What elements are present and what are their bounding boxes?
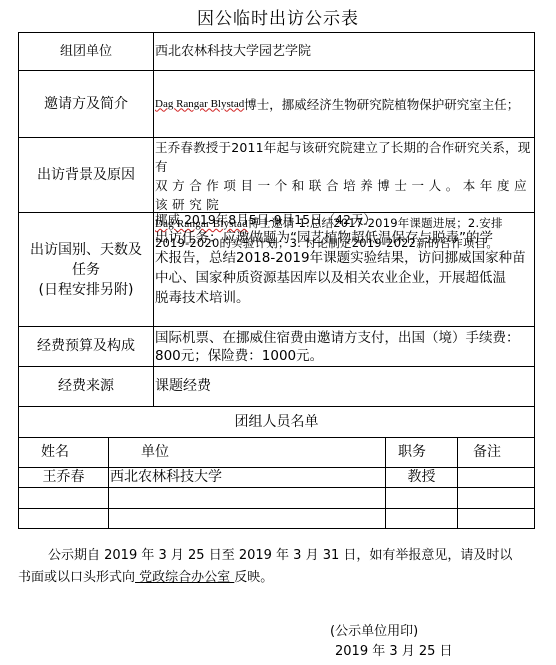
value-organizing-unit: 西北农林科技大学园艺学院 — [154, 33, 534, 70]
destination-line: 中心、国家种质资源基因库以及相关农业企业，开展超低温 — [155, 268, 506, 288]
column-header-position: 职务 — [397, 438, 457, 467]
value-destination: 挪威 2019年8月5日-9月15日（42天） 出访任务：应邀做题为“园艺植物超… — [154, 212, 534, 326]
background-line: 双方合作项目一个和联合培养博士一人。本年度应该研究院 — [155, 176, 534, 214]
table-border — [18, 528, 535, 529]
budget-line: 800元；保险费：1000元。 — [155, 347, 323, 365]
signature-date: 2019 年 3 月 25 日 — [335, 640, 453, 664]
label-organizing-unit: 组团单位 — [19, 33, 153, 70]
label-destination: 出访国别、天数及 任务 (日程安排另附) — [19, 213, 153, 326]
budget-line: 国际机票、在挪威住宿费由邀请方支付，出国（境）手续费： — [155, 329, 520, 347]
member-name: 王乔春 — [19, 468, 108, 487]
value-inviter: Dag Rangar Blystad博士，挪威经济生物研究院植物保护研究室主任； — [154, 71, 534, 137]
destination-line: 挪威 2019年8月5日-9月15日（42天） — [155, 212, 376, 228]
column-header-name: 姓名 — [19, 438, 91, 467]
member-unit: 西北农林科技大学 — [109, 468, 385, 487]
destination-line: 脱毒技术培训。 — [155, 288, 250, 308]
page-title: 因公临时出访公示表 — [0, 4, 556, 29]
notice-line-2: 书面或以口头形式向 党政综合办公室 反映。 — [18, 566, 273, 590]
destination-line: 术报告，总结2018-2019年课题实验结果，访问挪威国家种苗 — [155, 248, 526, 268]
member-remarks — [458, 468, 534, 487]
members-heading: 团组人员名单 — [19, 407, 534, 437]
value-budget: 国际机票、在挪威住宿费由邀请方支付，出国（境）手续费： 800元；保险费：100… — [154, 327, 534, 366]
notice-line-1: 公示期自 2019 年 3 月 25 日至 2019 年 3 月 31 日，如有… — [48, 544, 512, 568]
background-line: 王乔春教授于2011年起与该研究院建立了长期的合作研究关系，现有 — [155, 138, 534, 176]
office-name: 党政综合办公室 — [135, 570, 234, 585]
label-funding-source: 经费来源 — [19, 367, 153, 406]
label-budget: 经费预算及构成 — [19, 327, 153, 366]
label-inviter: 邀请方及简介 — [19, 71, 153, 137]
destination-line: 出访任务：应邀做题为“园艺植物超低温保存与脱毒”的学 — [155, 228, 493, 248]
member-position: 教授 — [386, 468, 457, 487]
value-funding-source: 课题经费 — [154, 367, 534, 406]
inviter-name: Dag Rangar Blystad — [155, 96, 244, 113]
column-header-remarks: 备注 — [472, 438, 532, 467]
table-border — [534, 32, 535, 529]
label-background: 出访背景及原因 — [19, 138, 153, 212]
column-header-unit: 单位 — [140, 438, 340, 467]
value-background: 王乔春教授于2011年起与该研究院建立了长期的合作研究关系，现有 双方合作项目一… — [154, 138, 534, 212]
inviter-description: 博士，挪威经济生物研究院植物保护研究室主任； — [244, 96, 519, 113]
